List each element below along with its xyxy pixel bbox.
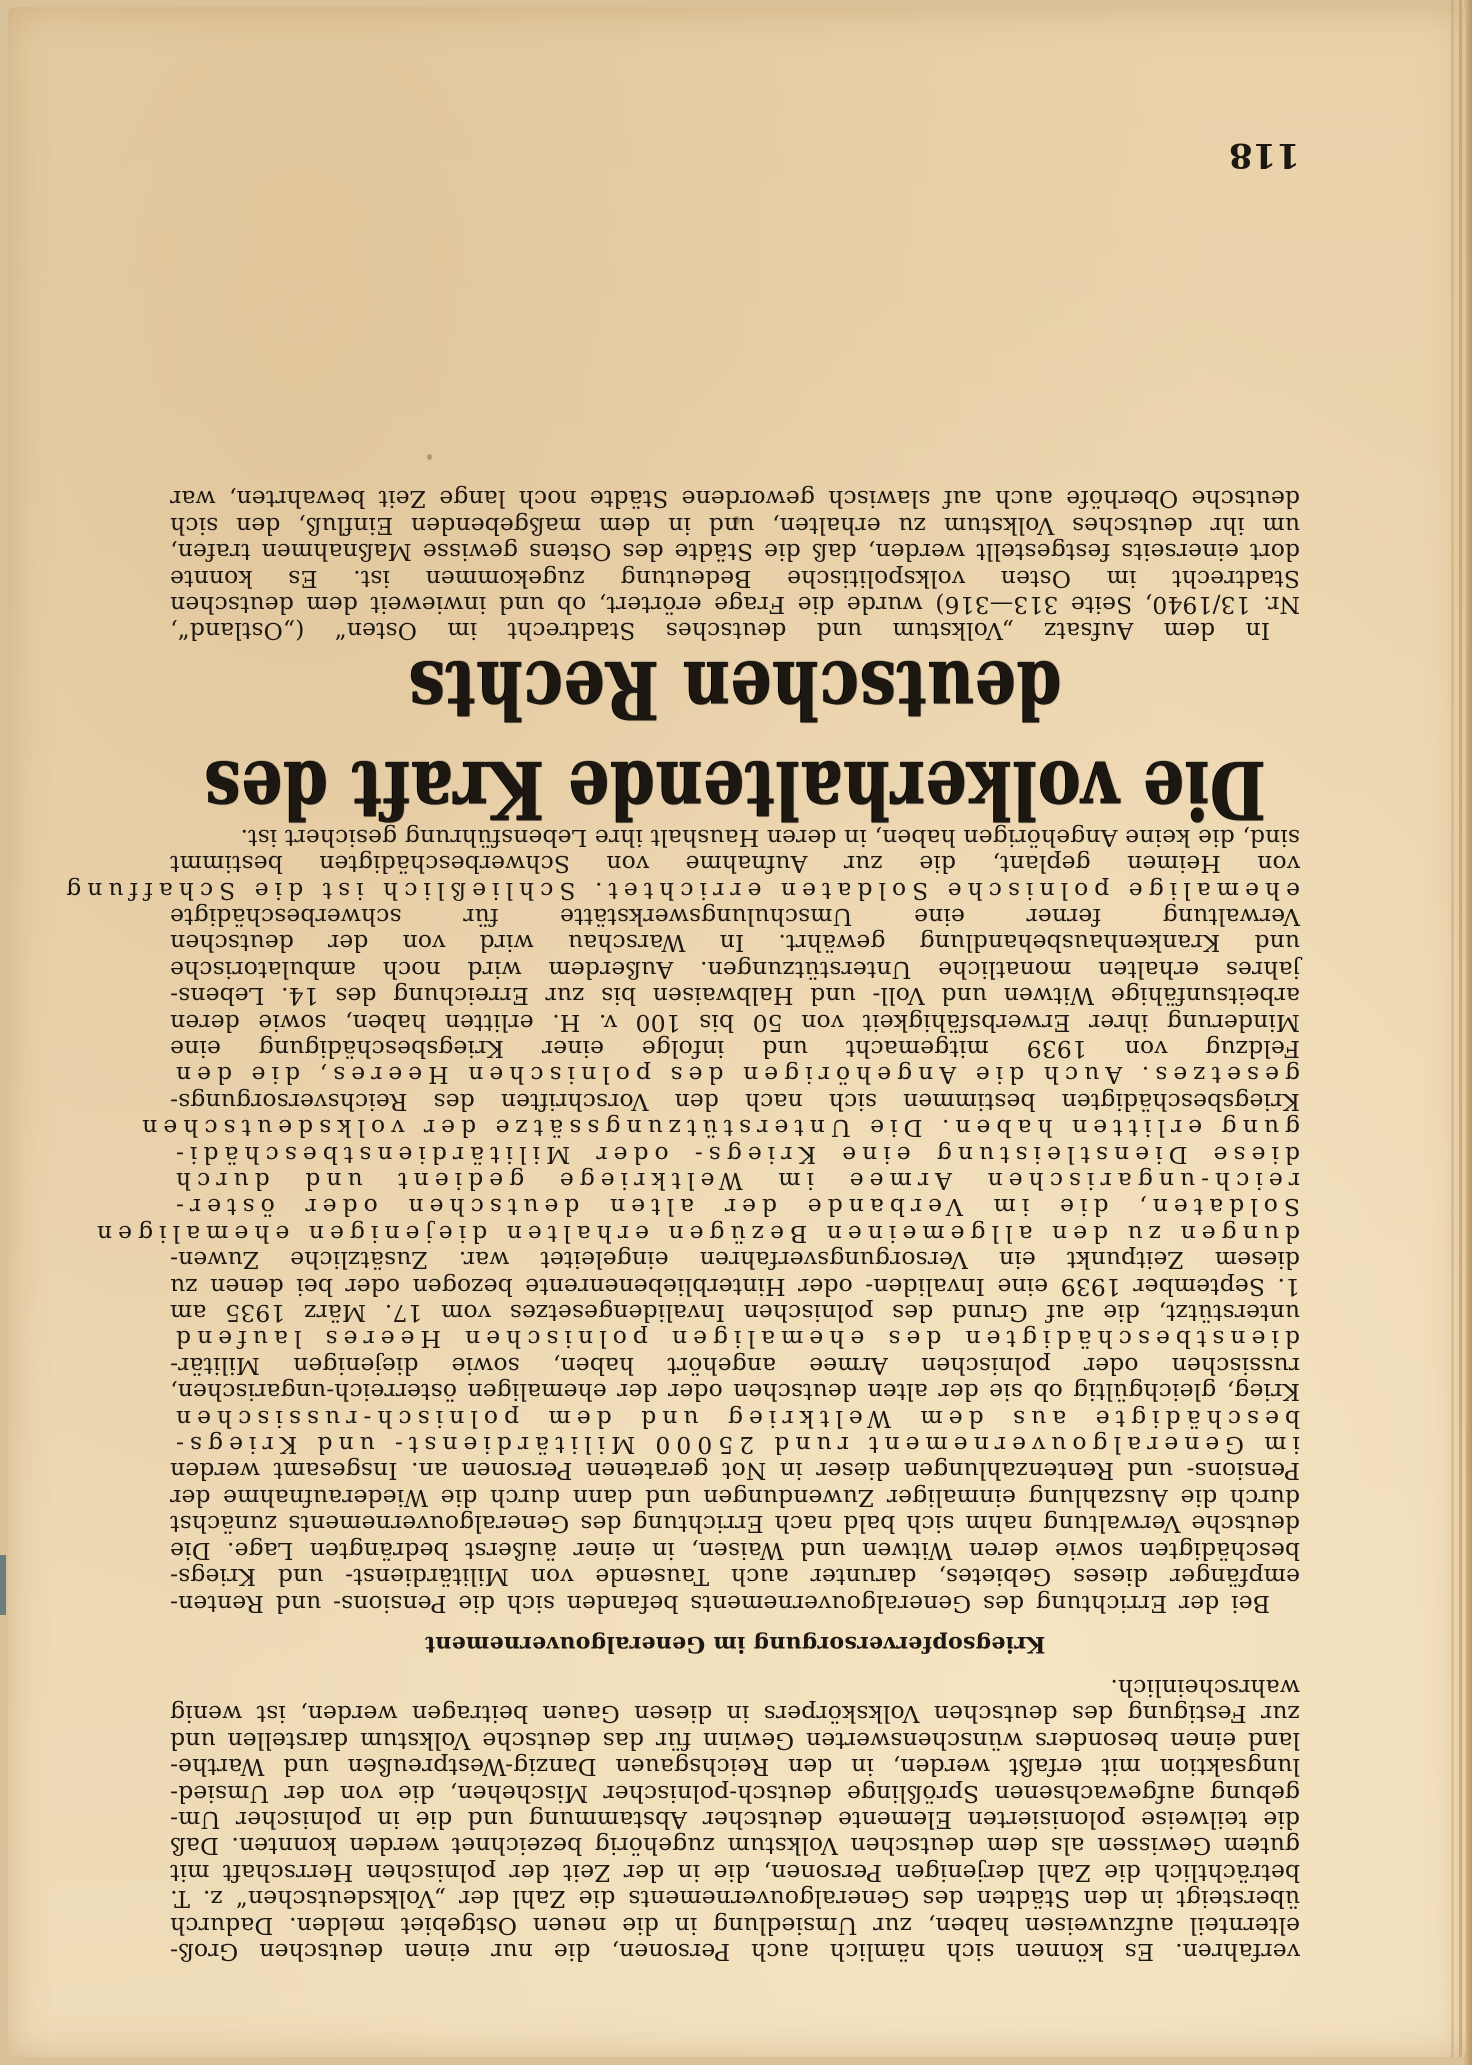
text-line: jahres erhalten monatliche Unterstützung… — [170, 956, 1300, 982]
text-line: empfänger dieses Gebietes, darunter auch… — [170, 1564, 1300, 1590]
text-line: gesetzes. Auch die Angehörigen des polni… — [170, 1062, 1300, 1088]
text-line: diesem Zeitpunkt ein Versorgungsverfahre… — [170, 1247, 1300, 1273]
article-headline: Die volkerhaltende Kraft des deutschen R… — [170, 638, 1300, 838]
text-line: dungen zu den allgemeinen Bezügen erhalt… — [170, 1220, 1300, 1246]
text-line: 1. September 1939 eine Invaliden- oder H… — [170, 1273, 1300, 1299]
text-line: Bei der Errichtung des Generalgouverneme… — [170, 1590, 1300, 1616]
text-line: Kriegsbeschädigten bestimmen sich nach d… — [170, 1088, 1300, 1114]
text-line: dienstbeschädigten des ehemaligen polnis… — [170, 1326, 1300, 1352]
text-line: die teilweise polonisierten Elemente deu… — [170, 1807, 1300, 1833]
text-line: zur Festigung des deutschen Volkskörpers… — [170, 1701, 1300, 1727]
text-line: beschädigte aus dem Weltkrieg und dem po… — [170, 1405, 1300, 1431]
text-line: deutsche Verwaltung nahm sich bald nach … — [170, 1511, 1300, 1537]
text-line: reich-ungarischen Armee im Weltkriege ge… — [170, 1168, 1300, 1194]
text-line: dort einerseits festgestellt werden, daß… — [170, 539, 1300, 565]
text-line: elternteil aufzuweisen haben, zur Umsied… — [170, 1912, 1300, 1938]
section-heading: Kriegsopferversorgung im Generalgouverne… — [170, 1631, 1300, 1657]
text-line: gutem Gewissen als dem deutschen Volkstu… — [170, 1833, 1300, 1859]
text-line: arbeitsunfähige Witwen und Voll- und Hal… — [170, 983, 1300, 1009]
text-line: übersteigt in den Städten des Generalgou… — [170, 1886, 1300, 1912]
paper-edge-crease — [1459, 0, 1462, 2057]
text-line: beträchtlich die Zahl derjenigen Persone… — [170, 1859, 1300, 1885]
text-line: lungsaktion mit erfaßt werden, in den Re… — [170, 1754, 1300, 1780]
text-line: wahrscheinlich. — [170, 1675, 1300, 1701]
text-line: Pensions- und Rentenzahlungen dieser in … — [170, 1458, 1300, 1484]
text-line: Nr. 13/1940, Seite 313—316) wurde die Fr… — [170, 592, 1300, 618]
text-line: gung erlitten haben. Die Unterstützungss… — [170, 1115, 1300, 1141]
section-paragraph: Bei der Errichtung des Generalgouverneme… — [170, 824, 1300, 1616]
text-line: Krieg, gleichgültig ob sie der alten deu… — [170, 1379, 1300, 1405]
continuation-paragraph: verfahren. Es können sich nämlich auch P… — [170, 1675, 1300, 1965]
text-line: im Generalgouvernement rund 25000 Militä… — [170, 1432, 1300, 1458]
text-line: und Krankenhausbehandlung gewährt. In Wa… — [170, 930, 1300, 956]
text-line: Soldaten, die im Verbande der alten deut… — [170, 1194, 1300, 1220]
text-line: deutsche Oberhöfe auch auf slawisch gewo… — [170, 486, 1300, 512]
text-line: Verwaltung ferner eine Umschulungswerkst… — [170, 904, 1300, 930]
text-line: beschädigten sowie deren Witwen und Wais… — [170, 1537, 1300, 1563]
text-line: von Heimen geplant, die zur Aufnahme von… — [170, 851, 1300, 877]
text-line: um ihr deutsches Volkstum zu erhalten, u… — [170, 512, 1300, 538]
paper-speck — [427, 454, 432, 460]
scanned-page: verfahren. Es können sich nämlich auch P… — [0, 0, 1472, 2065]
text-line: Stadtrecht im Osten volkspolitische Bede… — [170, 565, 1300, 591]
text-line: diese Dienstleistung eine Kriegs- oder M… — [170, 1141, 1300, 1167]
text-line: Feldzug von 1939 mitgemacht und infolge … — [170, 1036, 1300, 1062]
text-line: Minderung ihrer Erwerbsfähigkeit von 50 … — [170, 1009, 1300, 1035]
text-line: russischen oder polnischen Armee angehör… — [170, 1352, 1300, 1378]
text-line: verfahren. Es können sich nämlich auch P… — [170, 1939, 1300, 1965]
text-line: gebung aufgewachsenen Sprößlinge deutsch… — [170, 1780, 1300, 1806]
text-line: unterstützt, die auf Grund des polnische… — [170, 1300, 1300, 1326]
page-number: 118 — [1229, 135, 1300, 175]
binding-tab-mark — [0, 1555, 6, 1615]
text-line: durch die Auszahlung einmaliger Zuwendun… — [170, 1485, 1300, 1511]
page-content: verfahren. Es können sich nämlich auch P… — [170, 486, 1300, 1965]
paper-edge-crease-2 — [1451, 0, 1454, 2057]
text-line: ehemalige polnische Soldaten errichtet. … — [170, 877, 1300, 903]
text-line: land einen besonders wünschenswerten Gew… — [170, 1727, 1300, 1753]
article-paragraph: In dem Aufsatz „Volkstum und deutsches S… — [170, 486, 1300, 644]
